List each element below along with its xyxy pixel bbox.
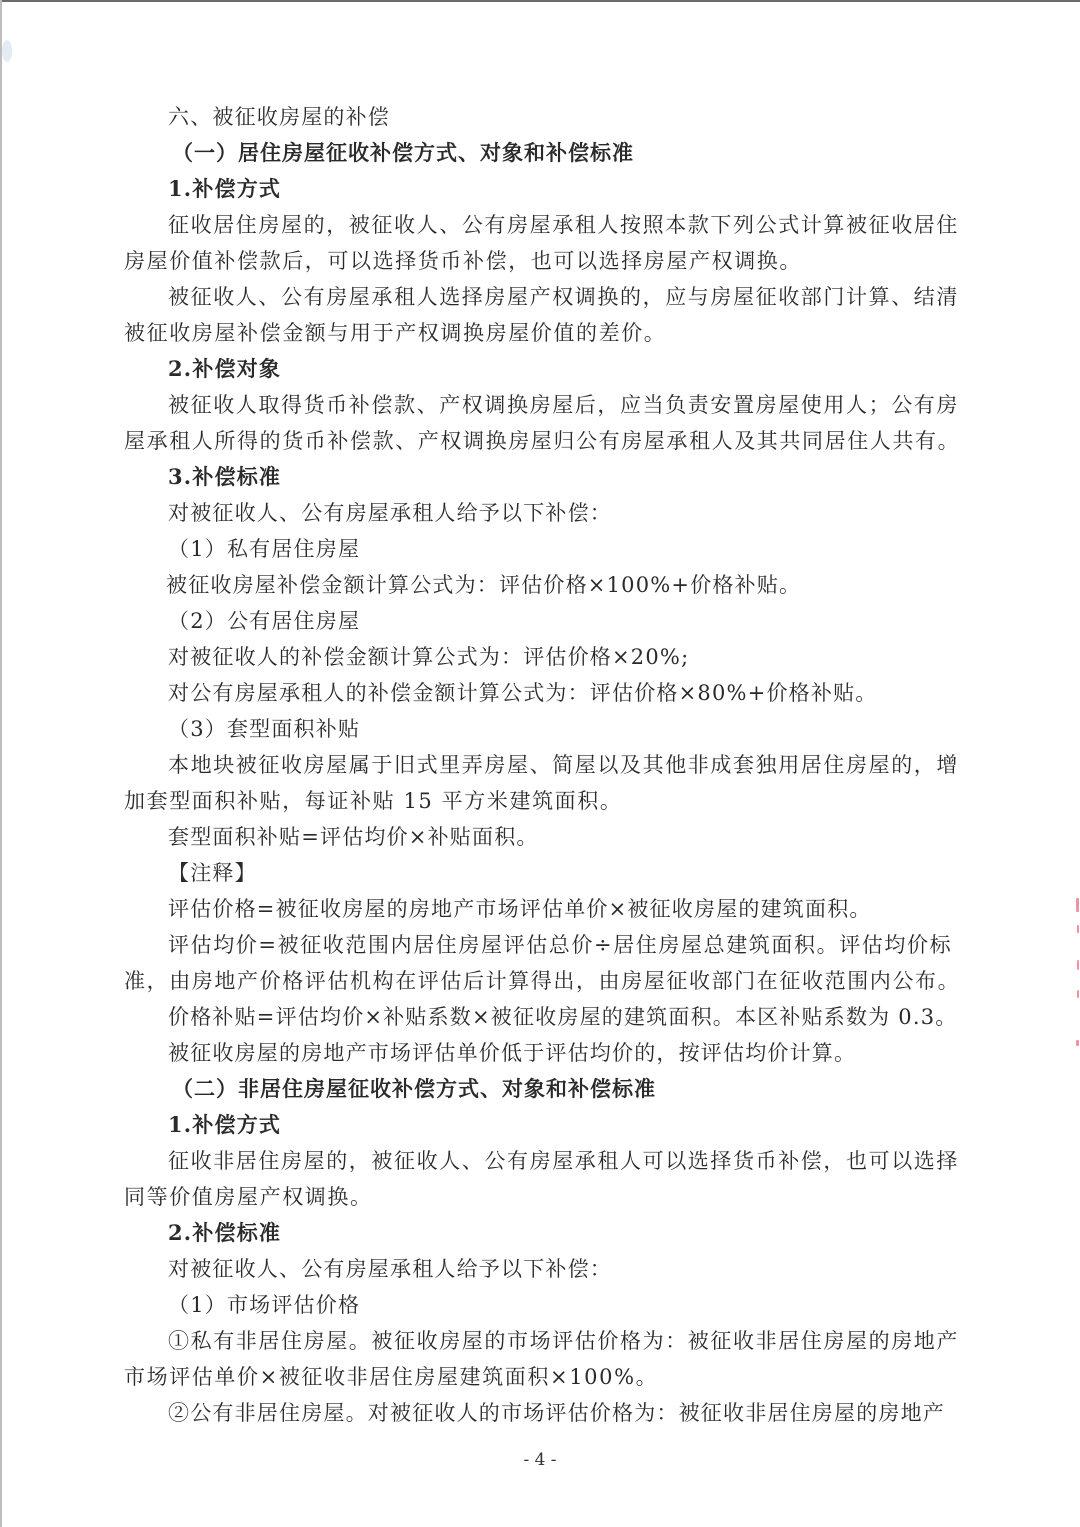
paragraph-line: 被征收房屋补偿金额与用于产权调换房屋价值的差价。: [124, 315, 968, 351]
list-item-title: （1）市场评估价格: [124, 1287, 968, 1323]
paragraph-line: 屋承租人所得的货币补偿款、产权调换房屋归公有房屋承租人及其共同居住人共有。: [124, 423, 968, 459]
paragraph-line: 评估均价=被征收范围内居住房屋评估总价÷居住房屋总建筑面积。评估均价标: [124, 927, 968, 963]
formula-line: 套型面积补贴=评估均价×补贴面积。: [124, 819, 968, 855]
note-line: 被征收房屋的房地产市场评估单价低于评估均价的，按评估均价计算。: [124, 1035, 968, 1071]
paragraph: 征收非居住房屋的，被征收人、公有房屋承租人可以选择货币补偿，也可以选择 同等价值…: [124, 1143, 968, 1215]
paragraph-line: 房屋价值补偿款后，可以选择货币补偿，也可以选择房屋产权调换。: [124, 243, 968, 279]
paragraph-line: ②公有非居住房屋。对被征收人的市场评估价格为：被征收非居住房屋的房地产: [124, 1395, 968, 1431]
page-number: - 4 -: [0, 1450, 1080, 1470]
paragraph-line: 准，由房地产价格评估机构在评估后计算得出，由房屋征收部门在征收范围内公布。: [124, 963, 968, 999]
paragraph: 被征收人取得货币补偿款、产权调换房屋后，应当负责安置房屋使用人；公有房 屋承租人…: [124, 387, 968, 459]
paragraph-line: 对被征收人、公有房屋承租人给予以下补偿：: [124, 1251, 968, 1287]
list-item-title: （3）套型面积补贴: [124, 711, 968, 747]
note-line: 价格补贴=评估均价×补贴系数×被征收房屋的建筑面积。本区补贴系数为 0.3。: [124, 999, 968, 1035]
subsection-2-title: （二）非居住房屋征收补偿方式、对象和补偿标准: [124, 1071, 968, 1107]
paragraph-line: 征收居住房屋的，被征收人、公有房屋承租人按照本款下列公式计算被征收居住: [124, 207, 968, 243]
paragraph-line: 同等价值房屋产权调换。: [124, 1179, 968, 1215]
subsection-1-item-3-title: 3.补偿标准: [124, 459, 968, 495]
document-body: 六、被征收房屋的补偿 （一）居住房屋征收补偿方式、对象和补偿标准 1.补偿方式 …: [124, 99, 968, 1431]
note-line: 评估价格=被征收房屋的房地产市场评估单价×被征收房屋的建筑面积。: [124, 891, 968, 927]
scan-mark-red: [1077, 925, 1079, 933]
paragraph: 评估均价=被征收范围内居住房屋评估总价÷居住房屋总建筑面积。评估均价标 准，由房…: [124, 927, 968, 999]
scan-mark-red: [1077, 990, 1079, 998]
notes-title: 【注释】: [124, 855, 968, 891]
list-item-title: （2）公有居住房屋: [124, 603, 968, 639]
paragraph: 被征收人、公有房屋承租人选择房屋产权调换的，应与房屋征收部门计算、结清 被征收房…: [124, 279, 968, 351]
paragraph-line: 征收非居住房屋的，被征收人、公有房屋承租人可以选择货币补偿，也可以选择: [124, 1143, 968, 1179]
subsection-1-title: （一）居住房屋征收补偿方式、对象和补偿标准: [124, 135, 968, 171]
subsection-1-item-1-title: 1.补偿方式: [124, 171, 968, 207]
subsection-1-item-2-title: 2.补偿对象: [124, 351, 968, 387]
formula-line: 对被征收人的补偿金额计算公式为：评估价格×20%;: [124, 639, 968, 675]
subsection-2-item-1-title: 1.补偿方式: [124, 1107, 968, 1143]
scan-border-top: [0, 0, 1080, 2]
paragraph-line: 加套型面积补贴，每证补贴 15 平方米建筑面积。: [124, 783, 968, 819]
scan-mark-red: [1077, 960, 1079, 970]
scan-smudge: [2, 40, 12, 62]
paragraph: ①私有非居住房屋。被征收房屋的市场评估价格为：被征收非居住房屋的房地产 市场评估…: [124, 1323, 968, 1395]
paragraph: 本地块被征收房屋属于旧式里弄房屋、简屋以及其他非成套独用居住房屋的，增 加套型面…: [124, 747, 968, 819]
section-title: 六、被征收房屋的补偿: [124, 99, 968, 135]
paragraph-line: 市场评估单价×被征收非居住房屋建筑面积×100%。: [124, 1359, 968, 1395]
formula-line: 被征收房屋补偿金额计算公式为：评估价格×100%+价格补贴。: [124, 567, 968, 603]
formula-line: 对公有房屋承租人的补偿金额计算公式为：评估价格×80%+价格补贴。: [124, 675, 968, 711]
paragraph-line: 被征收人、公有房屋承租人选择房屋产权调换的，应与房屋征收部门计算、结清: [124, 279, 968, 315]
paragraph: 征收居住房屋的，被征收人、公有房屋承租人按照本款下列公式计算被征收居住 房屋价值…: [124, 207, 968, 279]
list-item-title: （1）私有居住房屋: [124, 531, 968, 567]
scan-mark-red: [1076, 898, 1079, 912]
scan-mark-red: [1076, 1040, 1079, 1046]
subsection-2-item-2-title: 2.补偿标准: [124, 1215, 968, 1251]
scan-border-left: [0, 0, 2, 1527]
paragraph-line: 对被征收人、公有房屋承租人给予以下补偿：: [124, 495, 968, 531]
paragraph-line: 被征收人取得货币补偿款、产权调换房屋后，应当负责安置房屋使用人；公有房: [124, 387, 968, 423]
paragraph-line: ①私有非居住房屋。被征收房屋的市场评估价格为：被征收非居住房屋的房地产: [124, 1323, 968, 1359]
paragraph-line: 本地块被征收房屋属于旧式里弄房屋、简屋以及其他非成套独用居住房屋的，增: [124, 747, 968, 783]
